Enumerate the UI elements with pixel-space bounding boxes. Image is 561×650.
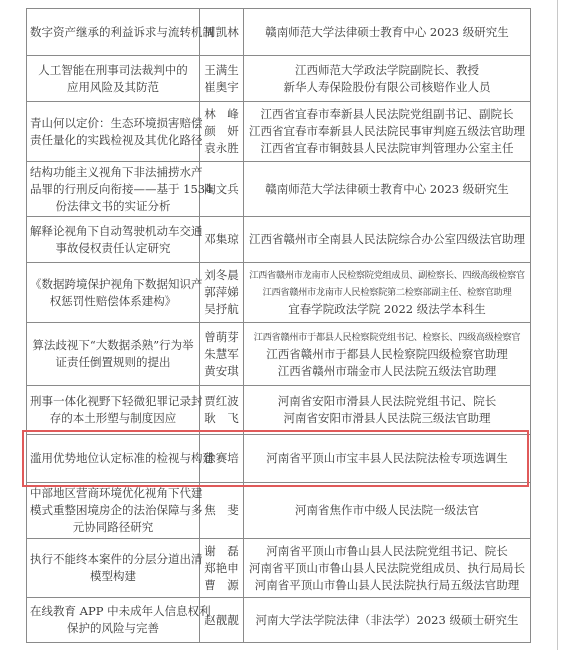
table-row: 《数据跨境保护视角下数据知识产权惩罚性赔偿体系建构》刘冬晨郭萍娣吴抒航江西省赣州… [27, 263, 531, 323]
paper-title-cell: 算法歧视下“大数据杀熟”行为举证责任倒置规则的提出 [27, 323, 200, 386]
author-cell-line: 刘冬晨 [203, 267, 240, 284]
paper-title-cell: 解释论视角下自动驾驶机动车交通事故侵权责任认定研究 [27, 217, 200, 263]
paper-title-cell: 刑事一体化视野下轻微犯罪记录封存的本土形塑与制度因应 [27, 386, 200, 435]
author-cell-line: 周凯林 [203, 24, 240, 41]
paper-title-cell-line: 元协同路径研究 [30, 519, 196, 536]
paper-title-cell: 结构功能主义视角下非法捕捞水产品罪的行刑反向衔接——基于 1534份法律文书的实… [27, 162, 200, 217]
paper-title-cell: 在线教育 APP 中未成年人信息权利保护的风险与完善 [27, 598, 200, 643]
affiliation-cell-line: 江西省赣州市龙南市人民检察院第二检察部副主任、检察官助理 [247, 284, 527, 301]
paper-title-cell-line: 滥用优势地位认定标准的检视与构建 [30, 450, 196, 467]
paper-title-cell: 中部地区营商环境优化视角下代建模式重整困境房企的法治保障与多元协同路径研究 [27, 483, 200, 539]
affiliation-cell-line: 江西师范大学政法学院副院长、教授 [247, 62, 527, 79]
paper-title-cell-line: 事故侵权责任认定研究 [30, 240, 196, 257]
affiliation-cell-line: 江西省宜春市铜鼓县人民法院审判管理办公室主任 [247, 140, 527, 157]
affiliation-cell: 河南省平顶山市宝丰县人民法院法检专项选调生 [244, 435, 531, 483]
author-cell-line: 赵靓靓 [203, 612, 240, 629]
affiliation-cell-line: 江西省宜春市奉新县人民法院党组副书记、副院长 [247, 106, 527, 123]
affiliation-cell-line: 江西省赣州市龙南市人民检察院党组成员、副检察长、四级高级检察官 [247, 267, 527, 284]
table-row: 刑事一体化视野下轻微犯罪记录封存的本土形塑与制度因应贾红波耿 飞河南省安阳市滑县… [27, 386, 531, 435]
table-row: 结构功能主义视角下非法捕捞水产品罪的行刑反向衔接——基于 1534份法律文书的实… [27, 162, 531, 217]
author-cell-line: 曹 源 [203, 577, 240, 594]
paper-title-cell-line: 中部地区营商环境优化视角下代建 [30, 485, 196, 502]
author-cell-line: 王满生 [203, 62, 240, 79]
table-row: 解释论视角下自动驾驶机动车交通事故侵权责任认定研究邓集琼江西省赣州市全南县人民法… [27, 217, 531, 263]
affiliation-cell: 河南省焦作市中级人民法院一级法官 [244, 483, 531, 539]
paper-title-cell-line: 结构功能主义视角下非法捕捞水产 [30, 164, 196, 181]
paper-title-cell: 人工智能在刑事司法裁判中的应用风险及其防范 [27, 56, 200, 102]
award-list-table: 数字资产继承的利益诉求与流转机制周凯林赣南师范大学法律硕士教育中心 2023 级… [26, 8, 531, 643]
paper-title-cell: 《数据跨境保护视角下数据知识产权惩罚性赔偿体系建构》 [27, 263, 200, 323]
paper-title-cell-line: 责任量化的实践检视及其优化路径 [30, 132, 196, 149]
paper-title-cell-line: 模型构建 [30, 568, 196, 585]
affiliation-cell-line: 赣南师范大学法律硕士教育中心 2023 级研究生 [247, 181, 527, 198]
author-cell: 王满生崔奥宇 [200, 56, 244, 102]
paper-title-cell-line: 《数据跨境保护视角下数据知识产 [30, 276, 196, 293]
affiliation-cell-line: 河南省焦作市中级人民法院一级法官 [247, 502, 527, 519]
affiliation-cell: 江西省赣州市龙南市人民检察院党组成员、副检察长、四级高级检察官江西省赣州市龙南市… [244, 263, 531, 323]
affiliation-cell: 江西省赣州市于都县人民检察院党组书记、检察长、四级高级检察官江西省赣州市于都县人… [244, 323, 531, 386]
paper-title-cell-line: 权惩罚性赔偿体系建构》 [30, 293, 196, 310]
affiliation-cell-line: 河南省平顶山市鲁山县人民法院党组成员、执行局局长 [247, 560, 527, 577]
table-row: 青山何以定价：生态环境损害赔偿责任量化的实践检视及其优化路径林 峰颜 妍袁永胜江… [27, 102, 531, 162]
paper-title-cell: 滥用优势地位认定标准的检视与构建 [27, 435, 200, 483]
affiliation-cell-line: 河南省平顶山市鲁山县人民法院执行局五级法官助理 [247, 577, 527, 594]
author-cell: 焦 斐 [200, 483, 244, 539]
author-cell: 林 峰颜 妍袁永胜 [200, 102, 244, 162]
paper-title-cell: 数字资产继承的利益诉求与流转机制 [27, 9, 200, 56]
paper-title-cell-line: 人工智能在刑事司法裁判中的 [30, 62, 196, 79]
paper-title-cell-line: 证责任倒置规则的提出 [30, 354, 196, 371]
paper-title-cell-line: 执行不能终本案件的分层分道出清 [30, 551, 196, 568]
paper-title-cell-line: 保护的风险与完善 [30, 620, 196, 637]
author-cell-line: 邓集琼 [203, 231, 240, 248]
affiliation-cell-line: 新华人寿保险股份有限公司核赔作业人员 [247, 79, 527, 96]
affiliation-cell-line: 河南大学法学院法律（非法学）2023 级硕士研究生 [247, 612, 527, 629]
author-cell-line: 曾萌芽 [203, 329, 240, 346]
table-row: 在线教育 APP 中未成年人信息权利保护的风险与完善赵靓靓河南大学法学院法律（非… [27, 598, 531, 643]
paper-title-cell-line: 数字资产继承的利益诉求与流转机制 [30, 24, 196, 41]
paper-title-cell-line: 解释论视角下自动驾驶机动车交通 [30, 223, 196, 240]
affiliation-cell-line: 江西省宜春市奉新县人民法院民事审判庭五级法官助理 [247, 123, 527, 140]
affiliation-cell: 河南省安阳市滑县人民法院党组书记、院长河南省安阳市滑县人民法院三级法官助理 [244, 386, 531, 435]
affiliation-cell-line: 江西省赣州市于都县人民检察院四级检察官助理 [247, 346, 527, 363]
affiliation-cell: 河南大学法学院法律（非法学）2023 级硕士研究生 [244, 598, 531, 643]
award-list-body: 数字资产继承的利益诉求与流转机制周凯林赣南师范大学法律硕士教育中心 2023 级… [27, 9, 531, 643]
affiliation-cell-line: 河南省平顶山市宝丰县人民法院法检专项选调生 [247, 450, 527, 467]
author-cell-line: 黄安琪 [203, 363, 240, 380]
author-cell-line: 郭萍娣 [203, 284, 240, 301]
affiliation-cell: 河南省平顶山市鲁山县人民法院党组书记、院长河南省平顶山市鲁山县人民法院党组成员、… [244, 539, 531, 598]
author-cell: 周凯林 [200, 9, 244, 56]
author-cell: 邓集琼 [200, 217, 244, 263]
author-cell-line: 袁永胜 [203, 140, 240, 157]
author-cell-line: 林 峰 [203, 106, 240, 123]
paper-title-cell-line: 算法歧视下“大数据杀熟”行为举 [30, 337, 196, 354]
paper-title-cell-line: 模式重整困境房企的法治保障与多 [30, 502, 196, 519]
table-row-highlighted: 滥用优势地位认定标准的检视与构建徐赛培河南省平顶山市宝丰县人民法院法检专项选调生 [27, 435, 531, 483]
author-cell-line: 徐赛培 [203, 450, 240, 467]
paper-title-cell-line: 青山何以定价：生态环境损害赔偿 [30, 115, 196, 132]
author-cell-line: 郑艳申 [203, 560, 240, 577]
author-cell-line: 谢 磊 [203, 543, 240, 560]
affiliation-cell: 江西省赣州市全南县人民法院综合办公室四级法官助理 [244, 217, 531, 263]
paper-title-cell-line: 品罪的行刑反向衔接——基于 1534 [30, 181, 196, 198]
affiliation-cell-line: 宜春学院政法学院 2022 级法学本科生 [247, 301, 527, 318]
author-cell: 谢 磊郑艳申曹 源 [200, 539, 244, 598]
paper-title-cell-line: 份法律文书的实证分析 [30, 198, 196, 215]
author-cell-line: 焦 斐 [203, 502, 240, 519]
table-row: 人工智能在刑事司法裁判中的应用风险及其防范王满生崔奥宇江西师范大学政法学院副院长… [27, 56, 531, 102]
table-row: 算法歧视下“大数据杀熟”行为举证责任倒置规则的提出曾萌芽朱慧军黄安琪江西省赣州市… [27, 323, 531, 386]
affiliation-cell: 赣南师范大学法律硕士教育中心 2023 级研究生 [244, 162, 531, 217]
author-cell-line: 吴抒航 [203, 301, 240, 318]
paper-title-cell-line: 应用风险及其防范 [30, 79, 196, 96]
affiliation-cell-line: 河南省安阳市滑县人民法院三级法官助理 [247, 410, 527, 427]
affiliation-cell-line: 河南省安阳市滑县人民法院党组书记、院长 [247, 393, 527, 410]
table-row: 中部地区营商环境优化视角下代建模式重整困境房企的法治保障与多元协同路径研究焦 斐… [27, 483, 531, 539]
paper-title-cell-line: 存的本土形塑与制度因应 [30, 410, 196, 427]
author-cell-line: 贾红波 [203, 393, 240, 410]
table-row: 数字资产继承的利益诉求与流转机制周凯林赣南师范大学法律硕士教育中心 2023 级… [27, 9, 531, 56]
affiliation-cell: 赣南师范大学法律硕士教育中心 2023 级研究生 [244, 9, 531, 56]
author-cell-line: 崔奥宇 [203, 79, 240, 96]
author-cell: 刘冬晨郭萍娣吴抒航 [200, 263, 244, 323]
paper-title-cell-line: 在线教育 APP 中未成年人信息权利 [30, 603, 196, 620]
author-cell-line: 耿 飞 [203, 410, 240, 427]
affiliation-cell-line: 江西省赣州市瑞金市人民法院五级法官助理 [247, 363, 527, 380]
page-edge-rule [557, 0, 558, 650]
affiliation-cell-line: 江西省赣州市于都县人民检察院党组书记、检察长、四级高级检察官 [247, 329, 527, 346]
author-cell: 徐赛培 [200, 435, 244, 483]
affiliation-cell-line: 江西省赣州市全南县人民法院综合办公室四级法官助理 [247, 231, 527, 248]
author-cell-line: 颜 妍 [203, 123, 240, 140]
author-cell: 贾红波耿 飞 [200, 386, 244, 435]
author-cell-line: 陶文兵 [203, 181, 240, 198]
affiliation-cell-line: 赣南师范大学法律硕士教育中心 2023 级研究生 [247, 24, 527, 41]
paper-title-cell: 青山何以定价：生态环境损害赔偿责任量化的实践检视及其优化路径 [27, 102, 200, 162]
affiliation-cell: 江西省宜春市奉新县人民法院党组副书记、副院长江西省宜春市奉新县人民法院民事审判庭… [244, 102, 531, 162]
author-cell: 曾萌芽朱慧军黄安琪 [200, 323, 244, 386]
table-row: 执行不能终本案件的分层分道出清模型构建谢 磊郑艳申曹 源河南省平顶山市鲁山县人民… [27, 539, 531, 598]
affiliation-cell-line: 河南省平顶山市鲁山县人民法院党组书记、院长 [247, 543, 527, 560]
paper-title-cell: 执行不能终本案件的分层分道出清模型构建 [27, 539, 200, 598]
author-cell-line: 朱慧军 [203, 346, 240, 363]
author-cell: 陶文兵 [200, 162, 244, 217]
paper-title-cell-line: 刑事一体化视野下轻微犯罪记录封 [30, 393, 196, 410]
affiliation-cell: 江西师范大学政法学院副院长、教授新华人寿保险股份有限公司核赔作业人员 [244, 56, 531, 102]
